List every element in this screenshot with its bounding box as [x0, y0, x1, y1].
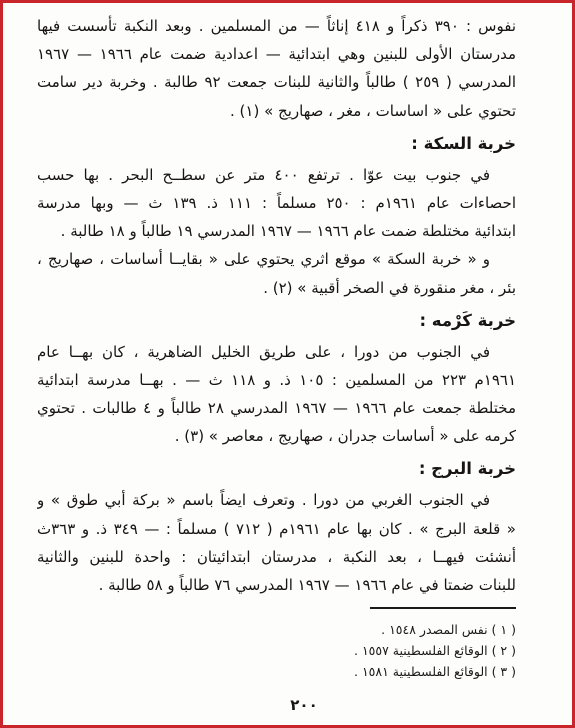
body-line: في الجنوب من دورا ، على طريق الخليل الضا… — [37, 338, 516, 366]
body-line: نفوس : ٣٩٠ ذكراً و ٤١٨ إناثاً — من المسل… — [37, 12, 516, 40]
section-heading-khirbet-karma: خربة كَرْمه : — [37, 311, 516, 331]
section-paragraph: في الجنوب الغربي من دورا . وتعرف ايضاً ب… — [37, 486, 516, 599]
text-column: نفوس : ٣٩٠ ذكراً و ٤١٨ إناثاً — من المسل… — [3, 3, 572, 714]
body-line: بئر ، مغر منقورة في الصخر أقبية » (٢) . — [37, 274, 516, 302]
body-line: مختلطة جمعت عام ١٩٦٦ — ١٩٦٧ المدرسي ٢٨ ط… — [37, 394, 516, 422]
body-line: كرمه على « أساسات جدران ، صهاريج ، معاصر… — [37, 422, 516, 450]
scanned-book-page: نفوس : ٣٩٠ ذكراً و ٤١٨ إناثاً — من المسل… — [0, 0, 575, 728]
section-paragraph: في الجنوب من دورا ، على طريق الخليل الضا… — [37, 338, 516, 451]
footnote: ( ٣ ) الوقائع الفلسطينية ١٥٨١ . — [37, 661, 516, 682]
body-line: للبنات ضمتا في عام ١٩٦٦ — ١٩٦٧ المدرسي ٧… — [37, 571, 516, 599]
footnote-divider — [370, 607, 516, 609]
body-line: ابتدائية مختلطة ضمت عام ١٩٦٦ — ١٩٦٧ المد… — [37, 217, 516, 245]
section-heading-khirbet-al-burj: خربة البرج : — [37, 459, 516, 479]
body-line: « قلعة البرج » . كان بها عام ١٩٦١م ( ٧١٢… — [37, 515, 516, 543]
section-paragraph: في جنوب بيت عوّا . ترتفع ٤٠٠ متر عن سطــ… — [37, 161, 516, 246]
section-heading-khirbet-al-sikka: خربة السكة : — [37, 134, 516, 154]
page-number: ٢٠٠ — [37, 696, 516, 714]
body-line: و « خربة السكة » موقع اثري يحتوي على « ب… — [37, 245, 516, 273]
body-line: أنشئت فيهــا ، بعد النكبة ، مدرستان ابتد… — [37, 543, 516, 571]
body-line: في الجنوب الغربي من دورا . وتعرف ايضاً ب… — [37, 486, 516, 514]
body-line: المدرسي ( ٢٥٩ ) طالباً والثانية للبنات ج… — [37, 68, 516, 96]
footnote: ( ١ ) نفس المصدر ١٥٤٨ . — [37, 619, 516, 640]
body-line: ١٩٦١م ٢٢٣ من المسلمين : ١٠٥ ذ. و ١١٨ ث —… — [37, 366, 516, 394]
body-line: احصاءات عام ١٩٦١م : ٢٥٠ مسلماً : ١١١ ذ. … — [37, 189, 516, 217]
footnotes-block: ( ١ ) نفس المصدر ١٥٤٨ . ( ٢ ) الوقائع ال… — [37, 619, 516, 682]
body-line: مدرستان الأولى للبنين وهي ابتدائية — اعد… — [37, 40, 516, 68]
section-paragraph: و « خربة السكة » موقع اثري يحتوي على « ب… — [37, 245, 516, 301]
intro-paragraph: نفوس : ٣٩٠ ذكراً و ٤١٨ إناثاً — من المسل… — [37, 12, 516, 125]
body-line: في جنوب بيت عوّا . ترتفع ٤٠٠ متر عن سطــ… — [37, 161, 516, 189]
body-line: تحتوي على « اساسات ، مغر ، صهاريج » (١) … — [37, 97, 516, 125]
footnote: ( ٢ ) الوقائع الفلسطينية ١٥٥٧ . — [37, 640, 516, 661]
